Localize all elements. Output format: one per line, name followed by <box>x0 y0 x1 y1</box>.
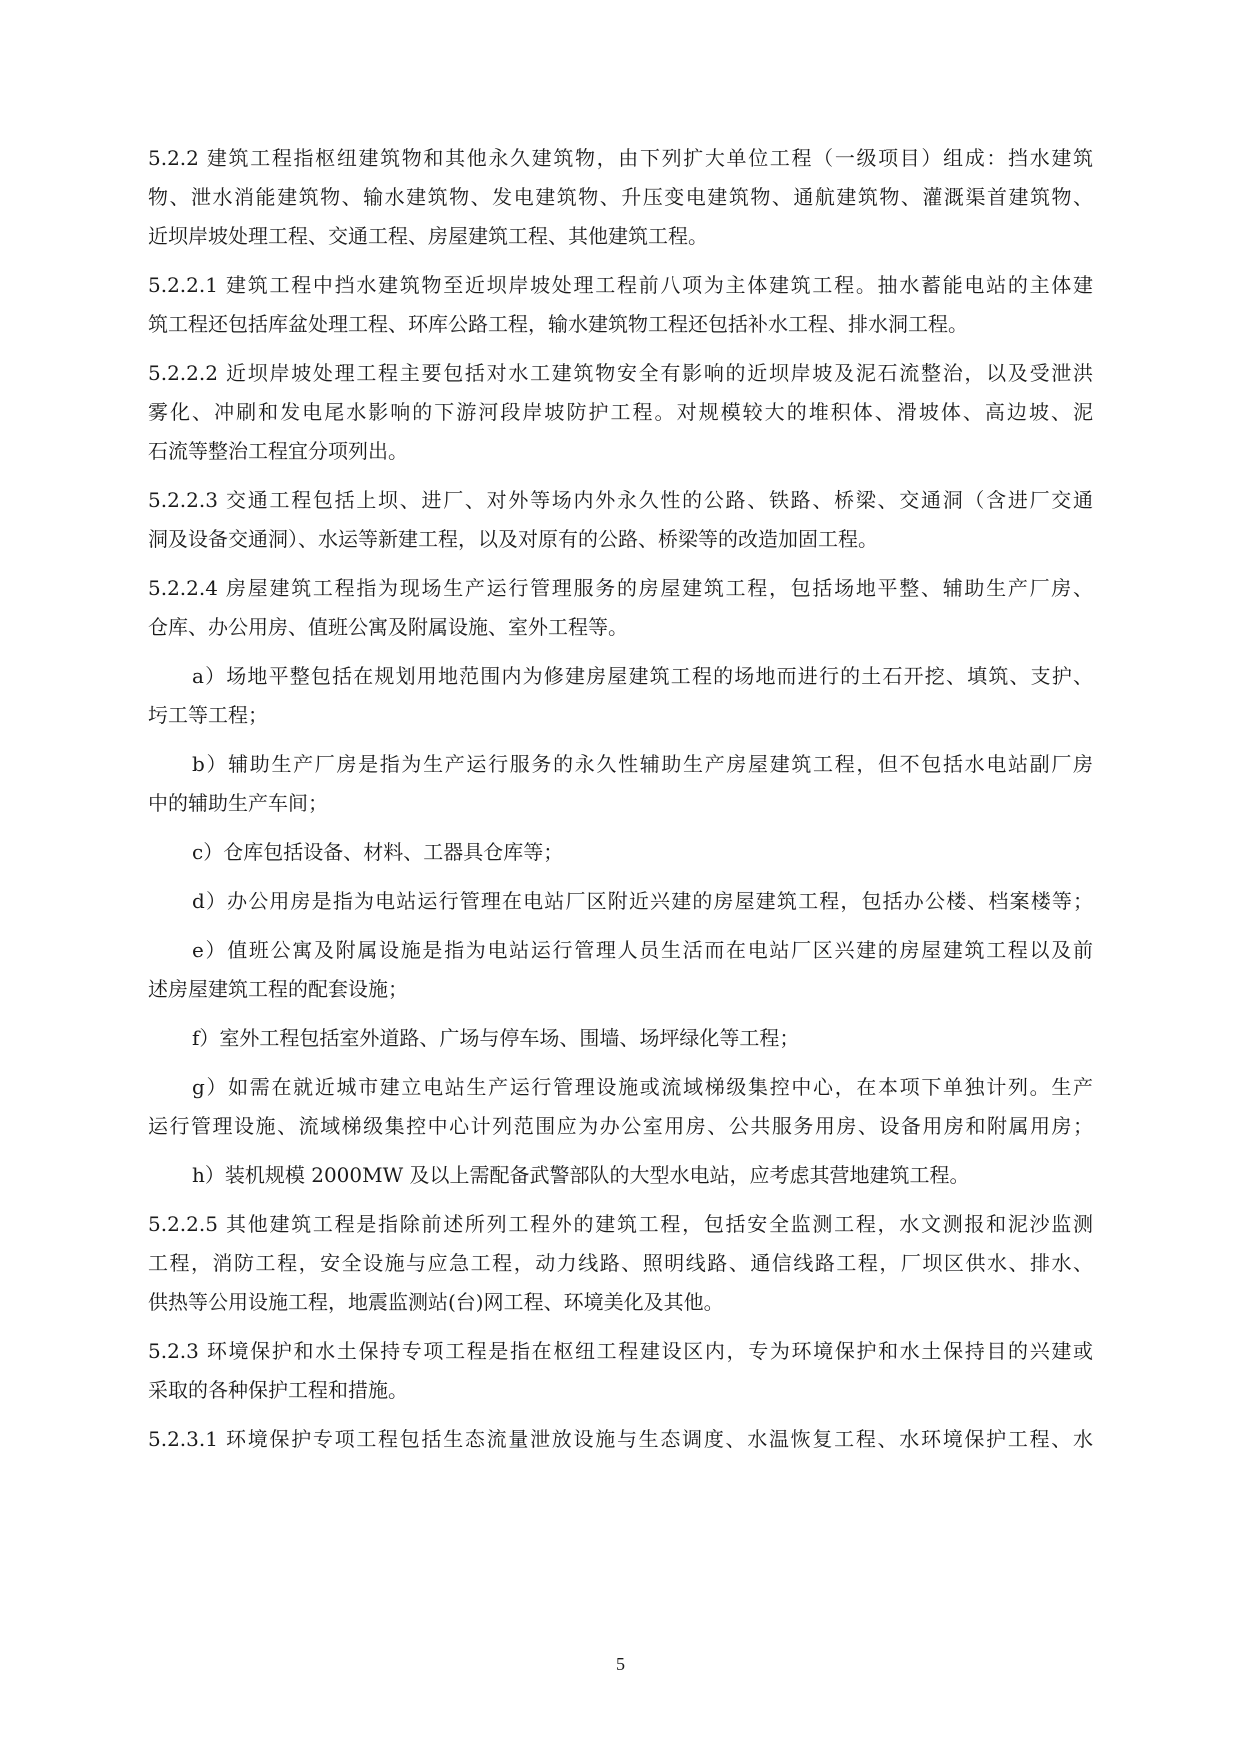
document-page: 5.2.2 建筑工程指枢纽建筑物和其他永久建筑物，由下列扩大单位工程（一级项目）… <box>0 0 1241 1754</box>
paragraph-line: 近坝岸坡处理工程、交通工程、房屋建筑工程、其他建筑工程。 <box>148 223 1093 249</box>
paragraph-line: 运行管理设施、流域梯级集控中心计列范围应为办公室用房、公共服务用房、设备用房和附… <box>148 1113 1093 1139</box>
list-item-line: h）装机规模 2000MW 及以上需配备武警部队的大型水电站，应考虑其营地建筑工… <box>192 1162 1093 1188</box>
page-number: 5 <box>0 1654 1241 1675</box>
paragraph-line: 5.2.2.5 其他建筑工程是指除前述所列工程外的建筑工程，包括安全监测工程，水… <box>148 1211 1093 1237</box>
paragraph-line: 采取的各种保护工程和措施。 <box>148 1377 1093 1403</box>
paragraph-line: 石流等整治工程宜分项列出。 <box>148 438 1093 464</box>
paragraph-line: 5.2.2.1 建筑工程中挡水建筑物至近坝岸坡处理工程前八项为主体建筑工程。抽水… <box>148 272 1093 298</box>
list-item-line: g）如需在就近城市建立电站生产运行管理设施或流域梯级集控中心，在本项下单独计列。… <box>192 1074 1093 1100</box>
paragraph-line: 5.2.3.1 环境保护专项工程包括生态流量泄放设施与生态调度、水温恢复工程、水… <box>148 1426 1093 1452</box>
paragraph-line: 中的辅助生产车间； <box>148 790 1093 816</box>
list-item-line: e）值班公寓及附属设施是指为电站运行管理人员生活而在电站厂区兴建的房屋建筑工程以… <box>192 937 1093 963</box>
paragraph-line: 仓库、办公用房、值班公寓及附属设施、室外工程等。 <box>148 614 1093 640</box>
paragraph-line: 5.2.2.4 房屋建筑工程指为现场生产运行管理服务的房屋建筑工程，包括场地平整… <box>148 575 1093 601</box>
list-item-line: d）办公用房是指为电站运行管理在电站厂区附近兴建的房屋建筑工程，包括办公楼、档案… <box>192 888 1093 914</box>
list-item-line: f）室外工程包括室外道路、广场与停车场、围墙、场坪绿化等工程； <box>192 1025 1093 1051</box>
paragraph-line: 5.2.3 环境保护和水土保持专项工程是指在枢纽工程建设区内，专为环境保护和水土… <box>148 1338 1093 1364</box>
paragraph-line: 雾化、冲刷和发电尾水影响的下游河段岸坡防护工程。对规模较大的堆积体、滑坡体、高边… <box>148 399 1093 425</box>
paragraph-line: 圬工等工程； <box>148 702 1093 728</box>
paragraph-line: 5.2.2.2 近坝岸坡处理工程主要包括对水工建筑物安全有影响的近坝岸坡及泥石流… <box>148 360 1093 386</box>
paragraph-line: 筑工程还包括库盆处理工程、环库公路工程，输水建筑物工程还包括补水工程、排水洞工程… <box>148 311 1093 337</box>
paragraph-line: 洞及设备交通洞）、水运等新建工程，以及对原有的公路、桥梁等的改造加固工程。 <box>148 526 1093 552</box>
list-item-line: c）仓库包括设备、材料、工器具仓库等； <box>192 839 1093 865</box>
list-item-line: b）辅助生产厂房是指为生产运行服务的永久性辅助生产房屋建筑工程，但不包括水电站副… <box>192 751 1093 777</box>
paragraph-line: 供热等公用设施工程，地震监测站(台)网工程、环境美化及其他。 <box>148 1289 1093 1315</box>
paragraph-line: 述房屋建筑工程的配套设施； <box>148 976 1093 1002</box>
paragraph-line: 5.2.2.3 交通工程包括上坝、进厂、对外等场内外永久性的公路、铁路、桥梁、交… <box>148 487 1093 513</box>
paragraph-line: 5.2.2 建筑工程指枢纽建筑物和其他永久建筑物，由下列扩大单位工程（一级项目）… <box>148 145 1093 171</box>
paragraph-line: 工程，消防工程，安全设施与应急工程，动力线路、照明线路、通信线路工程，厂坝区供水… <box>148 1250 1093 1276</box>
list-item-line: a）场地平整包括在规划用地范围内为修建房屋建筑工程的场地而进行的土石开挖、填筑、… <box>192 663 1093 689</box>
paragraph-line: 物、泄水消能建筑物、输水建筑物、发电建筑物、升压变电建筑物、通航建筑物、灌溉渠首… <box>148 184 1093 210</box>
